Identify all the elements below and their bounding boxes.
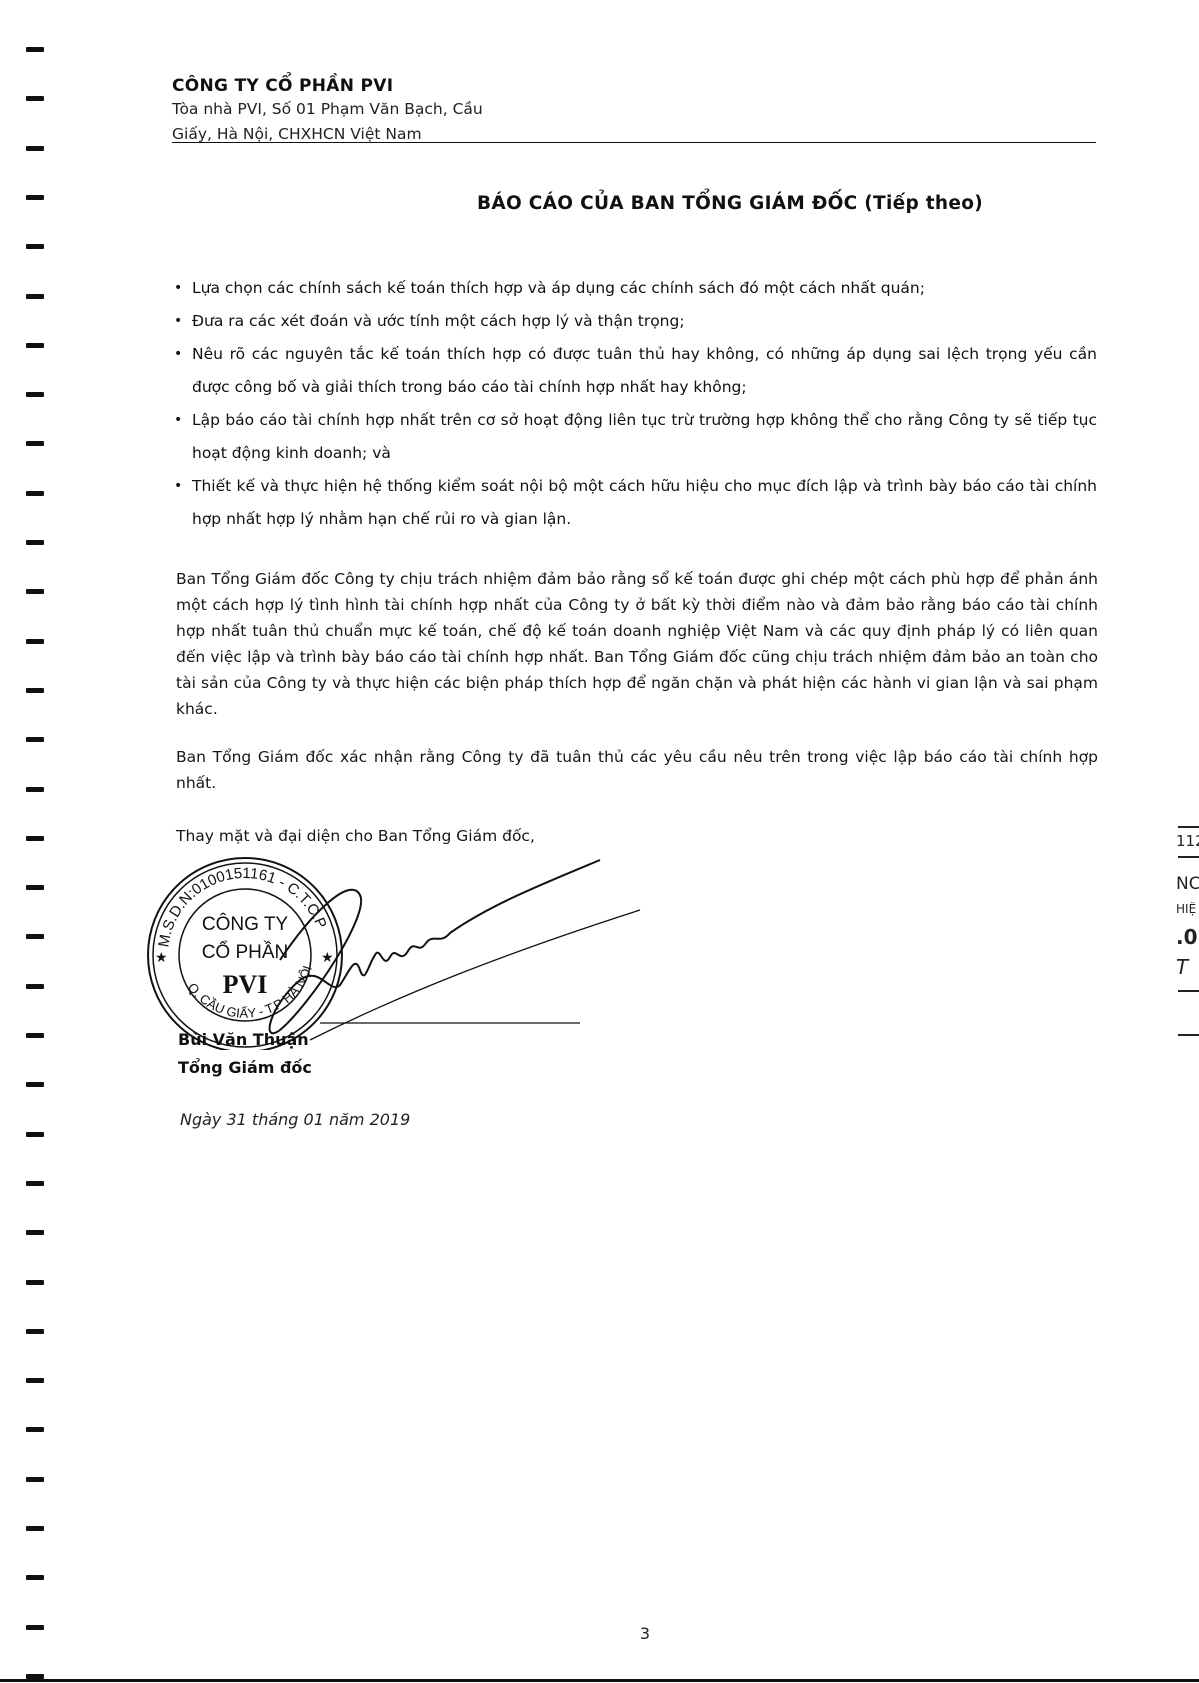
binding-mark [26,1230,44,1235]
edge-fragment: 112 [1176,832,1199,850]
edge-fragment: HIỆ [1176,902,1199,916]
bottom-border [0,1679,1199,1682]
binding-mark [26,1181,44,1186]
svg-text:★: ★ [155,950,168,966]
page-title: BÁO CÁO CỦA BAN TỔNG GIÁM ĐỐC (Tiếp theo… [0,193,1199,214]
binding-mark [26,47,44,52]
binding-mark [26,639,44,644]
binding-mark [26,491,44,496]
binding-mark [26,441,44,446]
edge-fragment: NC [1176,874,1199,894]
responsibility-list: Lựa chọn các chính sách kế toán thích hợ… [172,272,1097,536]
signer-title: Tổng Giám đốc [178,1058,312,1077]
binding-mark [26,1427,44,1432]
signature-icon [250,855,650,1055]
binding-mark [26,1329,44,1334]
binding-mark [26,589,44,594]
binding-mark [26,343,44,348]
binding-mark [26,1575,44,1580]
binding-mark [26,1378,44,1383]
binding-mark [26,244,44,249]
binding-mark [26,146,44,151]
binding-mark [26,885,44,890]
edge-rule [1178,826,1199,828]
header-rule [172,142,1096,143]
edge-fragment: T [1176,955,1199,979]
binding-mark [26,1477,44,1482]
binding-mark [26,294,44,299]
binding-mark [26,1132,44,1137]
list-item: Thiết kế và thực hiện hệ thống kiểm soát… [172,470,1097,536]
binding-mark [26,737,44,742]
list-item: Lập báo cáo tài chính hợp nhất trên cơ s… [172,404,1097,470]
binding-mark [26,688,44,693]
edge-rule [1178,1034,1199,1036]
binding-mark [26,392,44,397]
paragraph-responsibility: Ban Tổng Giám đốc Công ty chịu trách nhi… [176,566,1098,722]
binding-mark [26,836,44,841]
edge-rule [1178,856,1199,858]
signature-date: Ngày 31 tháng 01 năm 2019 [180,1110,410,1129]
paragraph-on-behalf: Thay mặt và đại diện cho Ban Tổng Giám đ… [176,823,1098,849]
page-number: 3 [0,1624,1199,1643]
edge-rule [1178,990,1199,992]
binding-mark [26,96,44,101]
company-address-line-1: Tòa nhà PVI, Số 01 Phạm Văn Bạch, Cầu [172,100,483,118]
list-item: Nêu rõ các nguyên tắc kế toán thích hợp … [172,338,1097,404]
company-name: CÔNG TY CỔ PHẦN PVI [172,76,393,96]
paragraph-confirmation: Ban Tổng Giám đốc xác nhận rằng Công ty … [176,744,1098,796]
binding-mark [26,984,44,989]
binding-mark [26,787,44,792]
company-address-line-2: Giấy, Hà Nội, CHXHCN Việt Nam [172,125,422,143]
binding-mark [26,540,44,545]
binding-mark [26,934,44,939]
binding-mark [26,1280,44,1285]
list-item: Đưa ra các xét đoán và ước tính một cách… [172,305,1097,338]
signer-name: Bùi Văn Thuận [178,1030,309,1049]
binding-mark [26,1082,44,1087]
edge-fragment: .0 [1176,925,1199,949]
binding-mark [26,1033,44,1038]
list-item: Lựa chọn các chính sách kế toán thích hợ… [172,272,1097,305]
binding-mark [26,1526,44,1531]
